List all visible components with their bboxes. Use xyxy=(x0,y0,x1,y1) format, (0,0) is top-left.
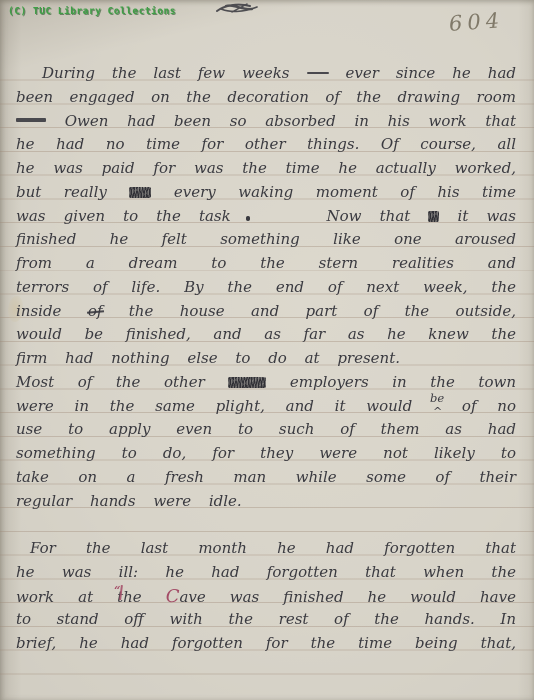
handwriting-text: was finished he would have xyxy=(230,588,516,606)
paragraph-2: For the last month he had forgotten that… xyxy=(16,537,516,656)
manuscript-line: During the last few weeks ever since he … xyxy=(16,62,516,86)
handwriting-text: brief, he had forgotten for the time bei… xyxy=(16,634,516,652)
handwriting-text: from a dream to the stern realities and xyxy=(16,254,516,272)
manuscript-line: from a dream to the stern realities and xyxy=(16,252,516,276)
manuscript-line: Owen had been so absorbed in his work th… xyxy=(16,110,516,134)
handwriting-text: the house and part of the outside, xyxy=(129,302,516,320)
handwriting-text: use to apply even to such of them as had xyxy=(16,420,516,438)
handwriting-text: but really xyxy=(16,183,107,201)
handwriting-text: he had no time for other things. Of cour… xyxy=(16,135,516,153)
inserted-word-above: be xyxy=(430,393,444,404)
manuscript-line: inside of the house and part of the outs… xyxy=(16,300,516,324)
handwriting-text: it was xyxy=(458,207,516,225)
handwriting-text: employers in the town xyxy=(290,373,516,391)
manuscript-line: terrors of life. By the end of next week… xyxy=(16,276,516,300)
handwritten-dash xyxy=(307,72,329,75)
handwriting-text: Most of the other xyxy=(16,373,205,391)
paragraph-1: During the last few weeks ever since he … xyxy=(16,62,516,513)
manuscript-line: he had no time for other things. Of cour… xyxy=(16,133,516,157)
handwriting-text: regular hands were idle. xyxy=(16,492,242,510)
inked-out-word xyxy=(129,187,151,198)
red-capitalised-word: Cave xyxy=(166,588,206,606)
red-marked-word: the“ xyxy=(117,588,142,606)
handwriting-text: something to do, for they were not likel… xyxy=(16,444,516,462)
handwriting-text: work at xyxy=(16,588,93,606)
handwriting-text: firm had nothing else to do at present. xyxy=(16,349,400,367)
manuscript-line: he was ill: he had forgotten that when t… xyxy=(16,561,516,585)
handwriting-text: ever since he had xyxy=(345,64,516,82)
handwriting-text: Now that xyxy=(327,207,411,225)
manuscript-line: but really every waking moment of his ti… xyxy=(16,181,516,205)
manuscript-line: work at the“ Cave was finished he would … xyxy=(16,585,516,609)
handwriting-text: was given to the task xyxy=(16,207,231,225)
manuscript-line: were in the same plight, and it would be… xyxy=(16,395,516,419)
manuscript-line: been engaged on the decoration of the dr… xyxy=(16,86,516,110)
manuscript-line: For the last month he had forgotten that xyxy=(16,537,516,561)
handwriting-text: inside xyxy=(16,302,61,320)
handwriting-text: were in the same plight, and it would xyxy=(16,397,412,415)
handwriting-text: of no xyxy=(462,397,516,415)
page-number: 604 xyxy=(448,8,505,36)
inked-out-word xyxy=(228,377,266,388)
sentence-gap xyxy=(268,220,308,221)
manuscript-line: would be finished, and as far as he knew… xyxy=(16,323,516,347)
manuscript-line: was given to the task Now that it was xyxy=(16,205,516,229)
handwriting-text: Owen had been so absorbed in his work th… xyxy=(65,112,516,130)
handwriting-text: During the last few weeks xyxy=(42,64,290,82)
manuscript-page: (C) TUC Library Collections 604 During t… xyxy=(0,0,534,700)
manuscript-line: use to apply even to such of them as had xyxy=(16,418,516,442)
manuscript-line: take on a fresh man while some of their xyxy=(16,466,516,490)
handwriting-text: he was paid for was the time he actually… xyxy=(16,159,516,177)
inked-out-word xyxy=(428,211,439,222)
manuscript-line: something to do, for they were not likel… xyxy=(16,442,516,466)
handwriting-text: For the last month he had forgotten that xyxy=(30,539,516,557)
handwriting-text: to stand off with the rest of the hands.… xyxy=(16,610,516,628)
handwriting-text: he was ill: he had forgotten that when t… xyxy=(16,563,516,581)
red-correction-mark: “ xyxy=(114,579,120,603)
handwriting-text: finished he felt something like one arou… xyxy=(16,230,516,248)
handwriting-text: would be finished, and as far as he knew… xyxy=(16,325,516,343)
manuscript-line: he was paid for was the time he actually… xyxy=(16,157,516,181)
struck-out-word: of xyxy=(88,302,103,320)
red-capital-letter: C xyxy=(166,586,180,607)
handwriting-text: every waking moment of his time xyxy=(174,183,516,201)
manuscript-line: to stand off with the rest of the hands.… xyxy=(16,608,516,632)
copyright-watermark: (C) TUC Library Collections xyxy=(8,6,176,17)
handwriting-text: been engaged on the decoration of the dr… xyxy=(16,88,516,106)
handwriting-text: take on a fresh man while some of their xyxy=(16,468,516,486)
handwriting-text: terrors of life. By the end of next week… xyxy=(16,278,516,296)
manuscript-line: regular hands were idle. xyxy=(16,490,516,514)
pencil-scribble-mark xyxy=(214,1,264,16)
manuscript-line: finished he felt something like one arou… xyxy=(16,228,516,252)
manuscript-line: brief, he had forgotten for the time bei… xyxy=(16,632,516,656)
handwritten-dash xyxy=(16,118,46,122)
heavy-period xyxy=(246,216,251,221)
manuscript-text: During the last few weeks ever since he … xyxy=(16,62,516,656)
manuscript-line: firm had nothing else to do at present. xyxy=(16,347,516,371)
